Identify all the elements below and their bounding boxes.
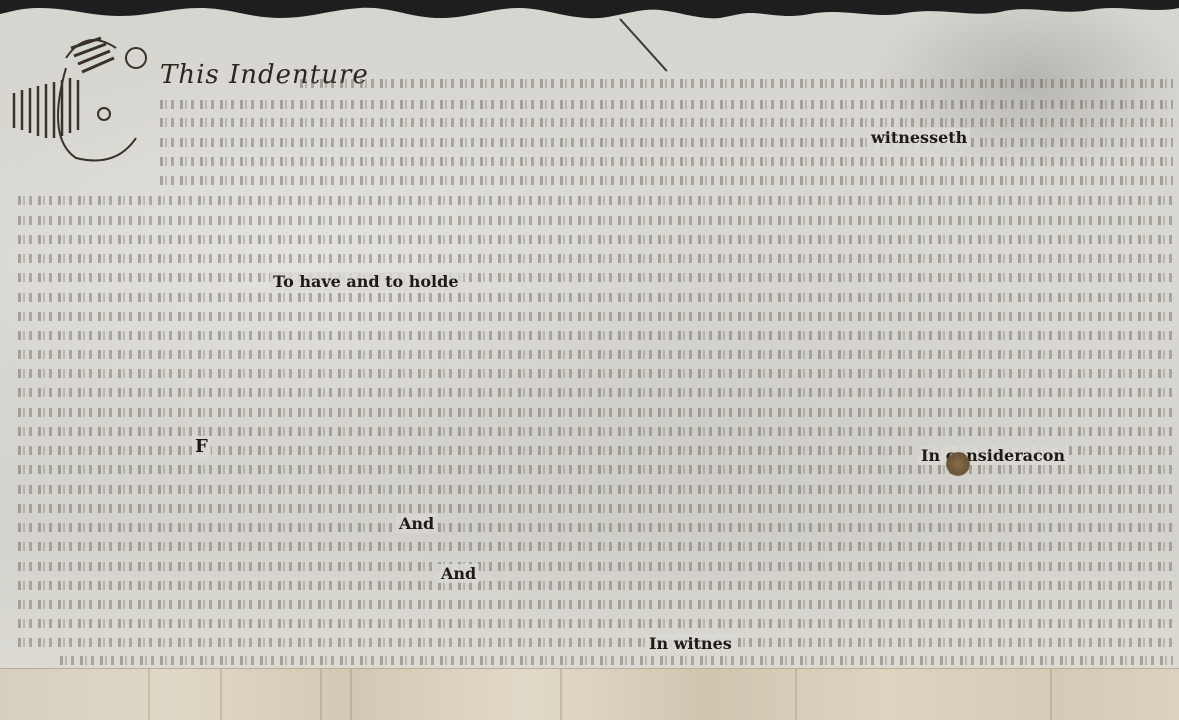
text-line: [18, 523, 1173, 532]
marginal-mark: F: [192, 436, 211, 457]
folded-bottom-edge: [0, 668, 1179, 720]
text-line: [18, 350, 1173, 359]
text-line: [18, 485, 1173, 494]
text-line: [18, 581, 1173, 590]
document-photo: This Indenture witnesseth To have and to…: [0, 0, 1179, 720]
wax-stain: [946, 452, 970, 476]
text-line: [18, 408, 1173, 417]
text-line: [18, 196, 1173, 205]
decorated-initial-t-icon: [6, 18, 156, 168]
torn-top-edge: [0, 0, 1179, 40]
text-line: [18, 600, 1173, 609]
text-line: [160, 100, 1173, 109]
text-line: [18, 216, 1173, 225]
keyword-and-1: And: [396, 514, 437, 533]
text-line: [18, 542, 1173, 551]
keyword-witnesseth: witnesseth: [868, 128, 970, 147]
text-line: [160, 118, 1173, 127]
keyword-in-witness: In witnes: [646, 634, 735, 653]
text-line: [160, 176, 1173, 185]
text-line: [300, 79, 1173, 88]
text-line: [18, 388, 1173, 397]
text-line: [160, 157, 1173, 166]
text-line: [18, 562, 1173, 571]
text-line: [18, 293, 1173, 302]
text-line: [18, 235, 1173, 244]
text-line: [18, 619, 1173, 628]
text-line: [60, 656, 1173, 665]
keyword-and-2: And: [438, 564, 479, 583]
keyword-habendum: To have and to holde: [270, 272, 462, 291]
text-line: [18, 273, 1173, 282]
text-line: [18, 638, 1173, 647]
text-line: [18, 331, 1173, 340]
text-line: [18, 369, 1173, 378]
text-line: [18, 254, 1173, 263]
text-line: [160, 138, 1173, 147]
text-line: [18, 465, 1173, 474]
text-line: [18, 427, 1173, 436]
text-line: [18, 312, 1173, 321]
text-line: [18, 504, 1173, 513]
keyword-consideration: In consideracon: [918, 446, 1068, 465]
